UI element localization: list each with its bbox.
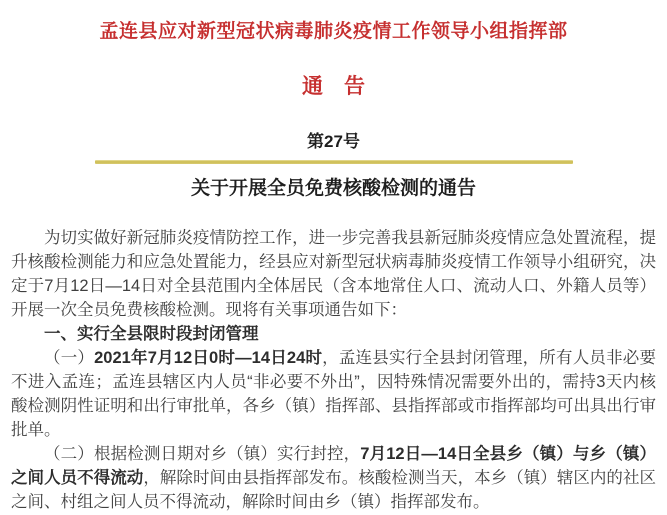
body-paragraph-item-2: （二）根据检测日期对乡（镇）实行封控，7月12日—14日全县乡（镇）与乡（镇）之… (11, 442, 656, 514)
text-run: 一、实行全县限时段封闭管理 (44, 325, 259, 343)
org-title: 孟连县应对新型冠状病毒肺炎疫情工作领导小组指挥部 (11, 20, 656, 44)
notice-type-title: 通 告 (11, 74, 656, 99)
text-run: （一） (44, 349, 94, 367)
document-body: 为切实做好新冠肺炎疫情防控工作，进一步完善我县新冠肺炎疫情应急处置流程，提升核酸… (11, 226, 656, 514)
notice-page: 孟连县应对新型冠状病毒肺炎疫情工作领导小组指挥部 通 告 第27号 关于开展全员… (11, 0, 656, 514)
text-run: 为切实做好新冠肺炎疫情防控工作，进一步完善我县新冠肺炎疫情应急处置流程，提升核酸… (11, 229, 656, 319)
text-run-bold: 2021年7月12日0时—14日24时 (94, 349, 322, 367)
issue-number: 第27号 (11, 132, 656, 152)
section-heading-1: 一、实行全县限时段封闭管理 (11, 322, 656, 346)
body-paragraph-item-1: （一）2021年7月12日0时—14日24时，孟连县实行全县封闭管理，所有人员非… (11, 346, 656, 442)
body-paragraph-intro: 为切实做好新冠肺炎疫情防控工作，进一步完善我县新冠肺炎疫情应急处置流程，提升核酸… (11, 226, 656, 322)
document-title: 关于开展全员免费核酸检测的通告 (11, 177, 656, 200)
text-run: （二）根据检测日期对乡（镇）实行封控， (44, 445, 360, 463)
gold-divider-rule (95, 160, 573, 164)
